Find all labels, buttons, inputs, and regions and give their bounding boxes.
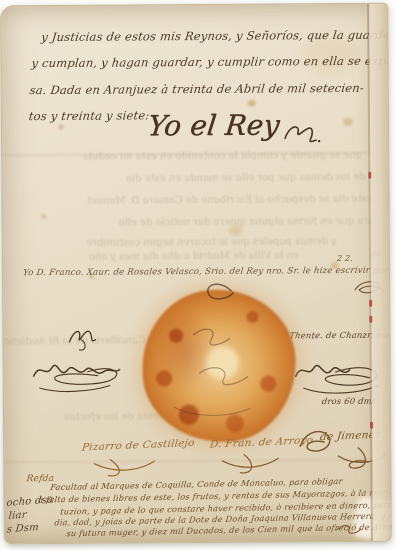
page-edge-strip (369, 4, 391, 541)
binding-stitch (368, 172, 371, 179)
manuscript-page: que se guarde y cumpla lo contenido en e… (0, 3, 392, 545)
signature-left (30, 351, 126, 398)
paraph-mark (65, 322, 99, 352)
bleedthrough-line: y de los demas que por ella se manda en … (44, 172, 375, 185)
bleedthrough-line: y demas papeles que le tocaren segun cos… (36, 236, 337, 249)
bleedthrough-line: este dia se despacho al Escribano de Cam… (32, 194, 373, 207)
counter-signature-rubric (90, 453, 160, 479)
bleedthrough-line: para que en forma alguna quiera dar noti… (60, 216, 381, 229)
ink-marks-over-seal (153, 276, 304, 447)
crease-line (4, 459, 390, 464)
bleedthrough-line: que se guarde y cumpla lo contenido en e… (62, 150, 363, 163)
stain (248, 100, 256, 107)
bleedthrough-line: en la Villa de Madrid a dho dia mes y añ… (48, 250, 299, 263)
counter-signature: Pizarro de Castillejo (81, 437, 195, 454)
counter-signature-rubric (218, 450, 284, 476)
binding-stitch (370, 422, 373, 429)
binding-stitch (369, 300, 372, 307)
body-text-line: y cumplan, y hagan guardar, y cumplir co… (31, 54, 392, 71)
royal-rubric (282, 120, 322, 146)
margin-note: liar (8, 510, 27, 522)
body-text-line: y Justicias de estos mis Reynos, y Señor… (41, 28, 392, 45)
docket-rubric (335, 522, 363, 536)
binding-stitch (369, 316, 372, 323)
fee-note: dros 60 dms (321, 396, 377, 406)
margin-note: s Dsm (6, 522, 39, 535)
stain (343, 118, 353, 126)
bleedthrough-line: quenta de los efectos (31, 411, 172, 423)
stain (41, 214, 47, 219)
royal-signature: Yo el Rey (146, 108, 281, 142)
body-text-line: sa. Dada en Aranjuez à treinta de Abril … (29, 81, 365, 97)
body-text-line: tos y treinta y siete: (28, 108, 150, 123)
folio-mark: 2 2. (336, 254, 353, 263)
stain (58, 124, 64, 130)
